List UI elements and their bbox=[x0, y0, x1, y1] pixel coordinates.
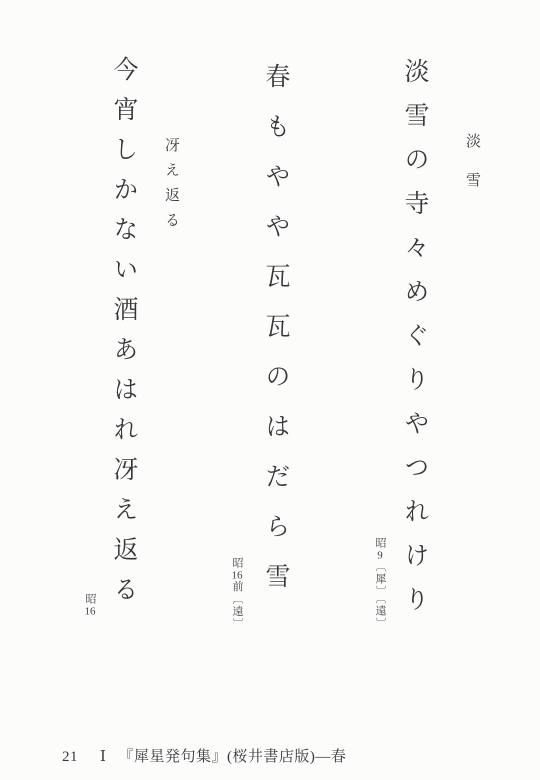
haiku-annotation-1: 昭9〔犀〕〔遠〕 bbox=[374, 537, 385, 630]
haiku-annotation-2: 昭16前〔遠〕 bbox=[231, 557, 242, 631]
annotation-era-1: 昭 bbox=[374, 537, 386, 550]
haiku-text-3: 今宵しかない酒あはれ冴え返る bbox=[111, 56, 136, 616]
annotation-era-2: 昭 bbox=[231, 557, 243, 570]
annotation-sources-1: 〔犀〕〔遠〕 bbox=[374, 561, 386, 631]
section-heading-awayuki: 淡雪 bbox=[464, 133, 479, 211]
annotation-era-3: 昭 bbox=[84, 593, 96, 606]
section-heading-saekaeru: 冴え返る bbox=[163, 137, 178, 237]
haiku-annotation-3: 昭16 bbox=[84, 593, 95, 617]
annotation-year-1: 9 bbox=[374, 550, 386, 561]
page-footer: 21 Ⅰ 『犀星発句集』(桜井書店版)—春 bbox=[62, 745, 346, 766]
page-number: 21 bbox=[62, 749, 78, 766]
book-page: 淡雪 淡雪の寺々めぐりやつれけり 昭9〔犀〕〔遠〕 春もやや瓦瓦のはだら雪 昭1… bbox=[0, 0, 540, 780]
book-title: 『犀星発句集』(桜井書店版)—春 bbox=[118, 745, 346, 766]
annotation-sources-2: 前〔遠〕 bbox=[231, 581, 243, 631]
annotation-year-3: 16 bbox=[84, 606, 96, 617]
annotation-year-2: 16 bbox=[231, 570, 243, 581]
haiku-text-2: 春もやや瓦瓦のはだら雪 bbox=[263, 63, 288, 613]
haiku-text-1: 淡雪の寺々めぐりやつれけり bbox=[402, 58, 427, 630]
part-number: Ⅰ bbox=[100, 747, 106, 766]
